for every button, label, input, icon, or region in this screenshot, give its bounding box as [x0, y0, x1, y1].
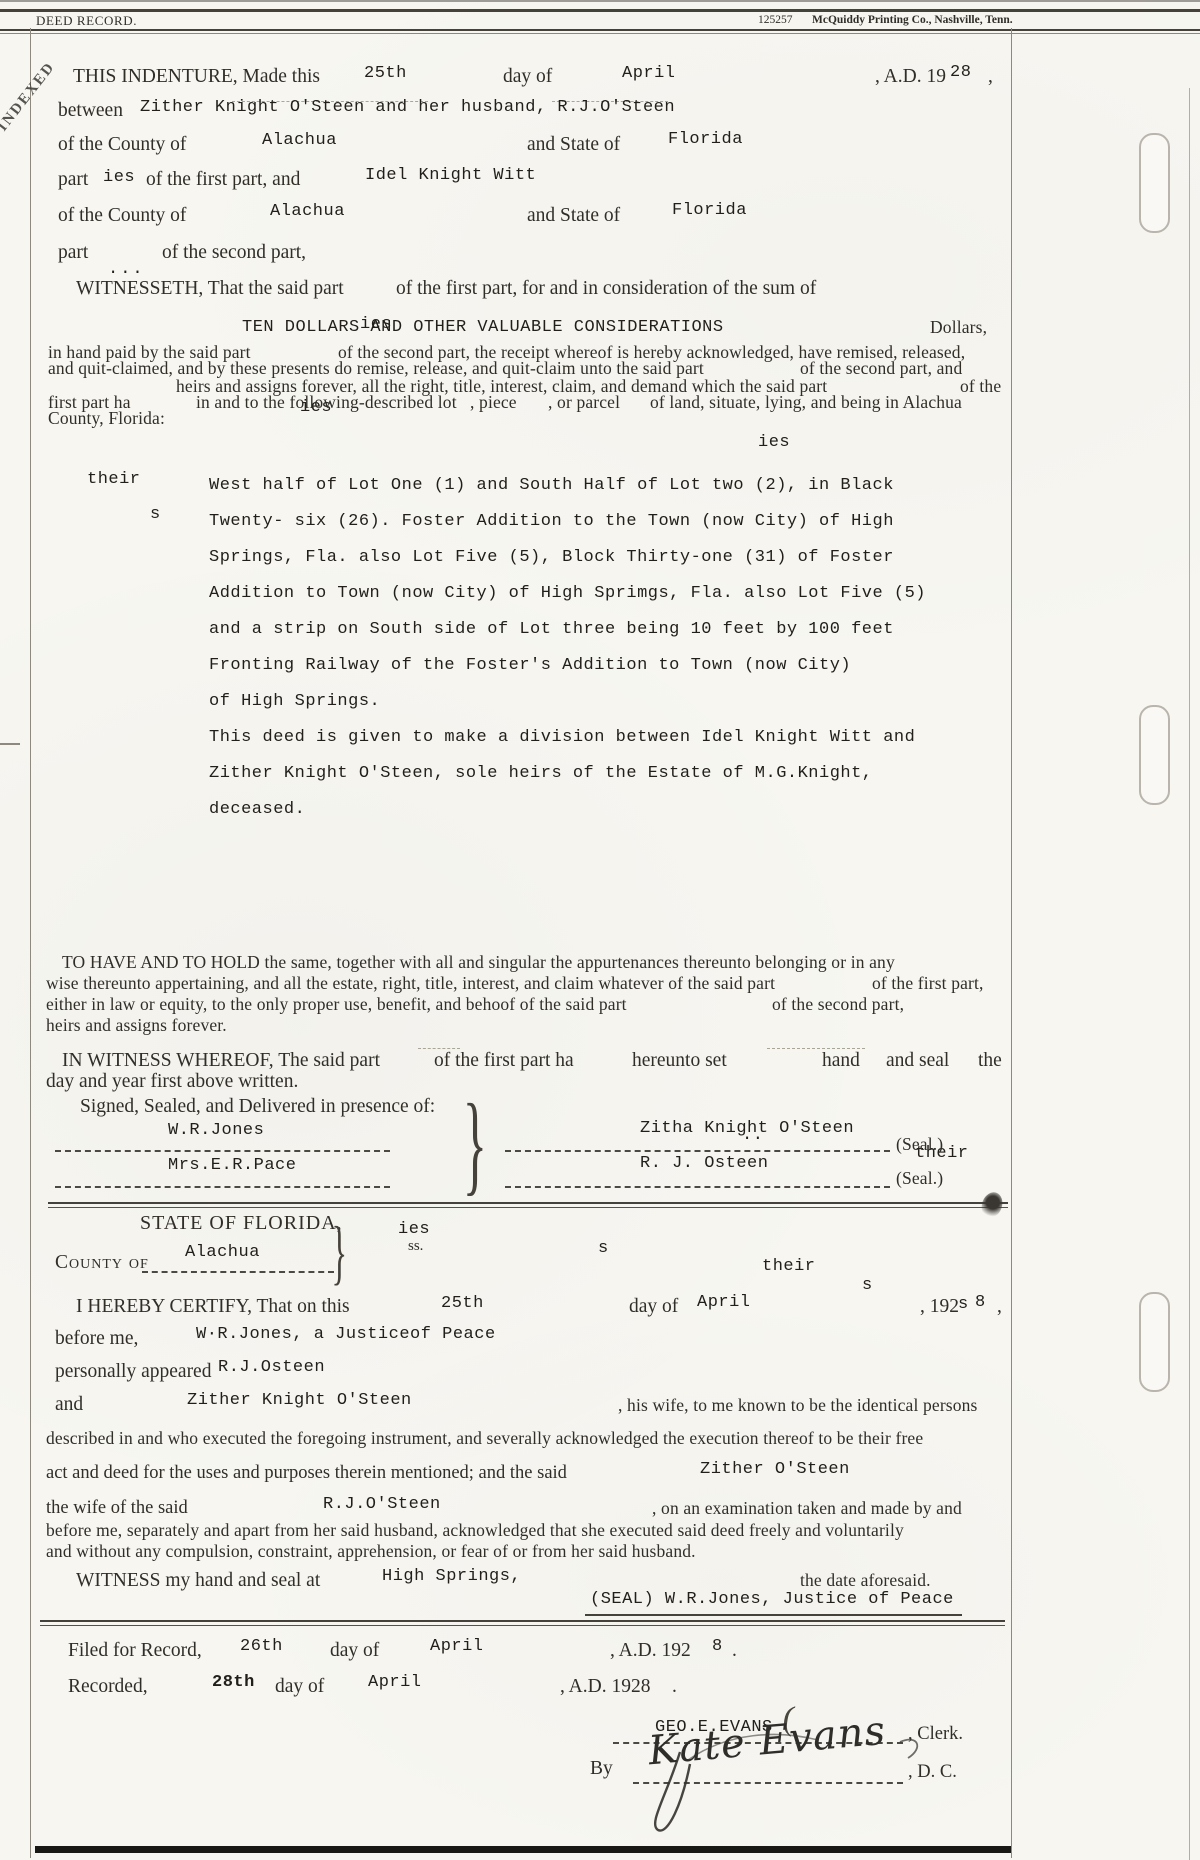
period: .: [672, 1676, 677, 1698]
recorded-day: 28th: [212, 1673, 255, 1692]
filed-year: 8: [712, 1637, 723, 1656]
wife-rest: , on an examination taken and made by an…: [652, 1498, 962, 1519]
dollars-label: Dollars,: [930, 317, 987, 338]
ad-label: , A.D. 1928: [560, 1676, 650, 1698]
grantor-signature: Zitha Knight O'Steen: [640, 1119, 854, 1138]
habendum-line-end: of the first part,: [872, 973, 984, 994]
grantor-signature: R. J. Osteen: [640, 1154, 768, 1173]
ad-label: , A.D. 19: [875, 66, 946, 88]
witnesseth-cont: of the first part, for and in considerat…: [396, 278, 816, 300]
typed-s: s: [598, 1239, 1200, 1258]
legal-description-line: Addition to Town (now City) of High Spri…: [209, 584, 926, 603]
certify-lead: I HEREBY CERTIFY, That on this: [76, 1296, 350, 1318]
day-of-label: day of: [629, 1296, 678, 1318]
legal-description-line: Twenty- six (26). Foster Addition to the…: [209, 512, 894, 531]
indenture-lead: THIS INDENTURE, Made this: [73, 66, 320, 88]
legal-description-line: Springs, Fla. also Lot Five (5), Block T…: [209, 548, 894, 567]
wife-name: Zither O'Steen: [700, 1460, 850, 1479]
ack-para-line: before me, separately and apart from her…: [46, 1520, 904, 1541]
ad-label: , A.D. 192: [610, 1640, 691, 1662]
part-label: part: [58, 169, 88, 191]
day-of-label: day of: [275, 1676, 324, 1698]
typed-ies: ies: [398, 1220, 1200, 1239]
year-label: , 192: [920, 1296, 959, 1318]
witnesseth-lead: WITNESSETH, That the said part: [76, 278, 344, 300]
county-of-heading: County of: [55, 1252, 149, 1274]
recorded-month: April: [368, 1673, 422, 1692]
habendum-line: either in law or equity, to the only pro…: [46, 994, 627, 1015]
wife-of-label: the wife of the said: [46, 1498, 188, 1519]
state-of-label: and State of: [527, 205, 620, 227]
typed-their: their: [762, 1257, 1200, 1276]
page-right-edge: [1189, 88, 1190, 1860]
para-line-end: of the: [960, 376, 1001, 397]
printer-number: 125257: [758, 14, 793, 26]
certify-day: 25th: [441, 1294, 484, 1313]
and-label: and: [55, 1394, 83, 1416]
bottom-bar: [35, 1846, 1011, 1853]
habendum-line: TO HAVE AND TO HOLD the same, together w…: [62, 952, 895, 973]
habendum-line: heirs and assigns forever.: [46, 1015, 227, 1036]
legal-description-line: This deed is given to make a division be…: [209, 728, 915, 747]
grantee-name: Idel Knight Witt: [365, 166, 536, 185]
appeared-name: R.J.Osteen: [218, 1358, 325, 1377]
filed-day: 26th: [240, 1637, 283, 1656]
right-column-rule: [1011, 28, 1012, 1858]
indenture-month: April: [622, 64, 676, 83]
typed-s: s: [862, 1276, 1200, 1295]
header-rule-bottom-a: [0, 29, 1200, 31]
grantor-name: Zither Knight O'Steen and her husband, R…: [140, 98, 675, 117]
comma: ,: [997, 1296, 1002, 1318]
para-line: , or parcel: [548, 392, 620, 413]
binder-hole: [1139, 705, 1170, 805]
witness-seal-lead: WITNESS my hand and seal at: [76, 1570, 320, 1592]
recorded-label: Recorded,: [68, 1676, 148, 1698]
state-value: Florida: [668, 130, 743, 149]
typed-their: their: [915, 1144, 1200, 1163]
husband-name: R.J.O'Steen: [323, 1495, 441, 1514]
blank-line: [767, 1048, 865, 1049]
indenture-year: 28: [950, 63, 971, 82]
habendum-line: wise thereunto appertaining, and all the…: [46, 973, 775, 994]
between-label: between: [58, 100, 123, 122]
section-rule: [48, 1202, 1008, 1204]
consideration-amount: TEN DOLLARS AND OTHER VALUABLE CONSIDERA…: [242, 318, 724, 337]
county-blank-line: [142, 1271, 334, 1273]
section-rule: [40, 1625, 1005, 1626]
header-rule-top: [0, 9, 1200, 12]
header-rule-bottom-b: [0, 33, 1200, 34]
comma: ,: [988, 66, 993, 88]
left-margin-tick: [0, 743, 20, 745]
officer-name: W·R.Jones, a Justiceof Peace: [196, 1325, 496, 1344]
witness-cont: and seal: [886, 1050, 949, 1072]
deed-record-page: DEED RECORD. 125257 McQuiddy Printing Co…: [0, 0, 1200, 1860]
before-me-label: before me,: [55, 1328, 138, 1350]
para-line: in and to the following-described lot: [196, 392, 457, 413]
grantor-signature-line: [505, 1150, 890, 1152]
county-value: Alachua: [262, 131, 337, 150]
section-rule: [40, 1620, 1005, 1622]
legal-description-line: deceased.: [209, 800, 305, 819]
part-label: part: [58, 242, 88, 264]
ack-para-line: described in and who executed the forego…: [46, 1428, 923, 1449]
justice-seal-line: (SEAL) W.R.Jones, Justice of Peace: [590, 1590, 954, 1609]
habendum-line: of the second part,: [772, 994, 904, 1015]
certify-year: 8: [975, 1293, 986, 1312]
county-value: Alachua: [270, 202, 345, 221]
witness-signature: W.R.Jones: [168, 1121, 264, 1140]
day-of-label: day of: [503, 66, 552, 88]
section-rule: [48, 1207, 1008, 1208]
left-margin-rule: [30, 28, 31, 1858]
presence-brace: }: [463, 1088, 487, 1200]
seal-label: (Seal.): [896, 1134, 943, 1155]
filed-month: April: [430, 1637, 484, 1656]
legal-description-line: of High Springs.: [209, 692, 380, 711]
legal-description-line: Zither Knight O'Steen, sole heirs of the…: [209, 764, 873, 783]
wife-name: Zither Knight O'Steen: [187, 1391, 412, 1410]
justice-seal-underline: [585, 1614, 962, 1616]
period: .: [732, 1640, 737, 1662]
para-line: , piece: [470, 392, 517, 413]
grantor-signature-line: [505, 1186, 890, 1188]
appeared-label: personally appeared: [55, 1361, 211, 1383]
certify-month: April: [697, 1293, 751, 1312]
witness-cont: hereunto set: [632, 1050, 727, 1072]
page-title: DEED RECORD.: [36, 13, 137, 29]
presence-label: Signed, Sealed, and Delivered in presenc…: [80, 1096, 435, 1118]
witness-line2: day and year first above written.: [46, 1071, 298, 1093]
county-of-label: of the County of: [58, 205, 186, 227]
second-part-label: of the second part,: [162, 242, 306, 264]
day-of-label: day of: [330, 1640, 379, 1662]
witness-cont: of the first part ha: [434, 1050, 574, 1072]
ss-brace: }: [332, 1216, 348, 1288]
witness-signature: Mrs.E.R.Pace: [168, 1156, 296, 1175]
typed-ies: ies: [758, 433, 1200, 452]
indenture-day: 25th: [364, 64, 407, 83]
and-rest: , his wife, to me known to be the identi…: [618, 1395, 978, 1416]
in-witness-lead: IN WITNESS WHEREOF, The said part: [62, 1050, 380, 1072]
ink-smudge: [978, 1189, 1006, 1220]
first-part-label: of the first part, and: [146, 169, 300, 191]
ss-label: ss.: [408, 1238, 423, 1255]
filed-label: Filed for Record,: [68, 1640, 202, 1662]
printer-name: McQuiddy Printing Co., Nashville, Tenn.: [812, 14, 1013, 26]
signature-flourish: [618, 1712, 938, 1842]
county-value: Alachua: [185, 1243, 260, 1262]
legal-description-line: West half of Lot One (1) and South Half …: [209, 476, 894, 495]
seal-place: High Springs,: [382, 1567, 521, 1586]
by-label: By: [590, 1758, 613, 1780]
typed-s: s: [958, 1295, 1200, 1314]
blank-line: [418, 1048, 460, 1049]
state-of-label: and State of: [527, 134, 620, 156]
seal-label: (Seal.): [896, 1168, 943, 1189]
witness-cont: the: [978, 1050, 1002, 1072]
county-of-label: of the County of: [58, 134, 186, 156]
witness-signature-line: [55, 1186, 390, 1188]
ack-para-line: act and deed for the uses and purposes t…: [46, 1463, 567, 1484]
state-value: Florida: [672, 201, 747, 220]
state-heading: STATE OF FLORIDA,: [140, 1212, 343, 1235]
witness-cont: hand: [822, 1050, 860, 1072]
legal-description-line: and a strip on South side of Lot three b…: [209, 620, 894, 639]
legal-description-line: Fronting Railway of the Foster's Additio…: [209, 656, 851, 675]
top-edge-rule: [0, 0, 1200, 2]
date-aforesaid: the date aforesaid.: [800, 1570, 931, 1591]
para-line: County, Florida:: [48, 408, 165, 429]
witness-signature-line: [55, 1150, 390, 1152]
ack-para-line: and without any compulsion, constraint, …: [46, 1541, 696, 1562]
para-line: of land, situate, lying, and being in Al…: [650, 392, 962, 413]
